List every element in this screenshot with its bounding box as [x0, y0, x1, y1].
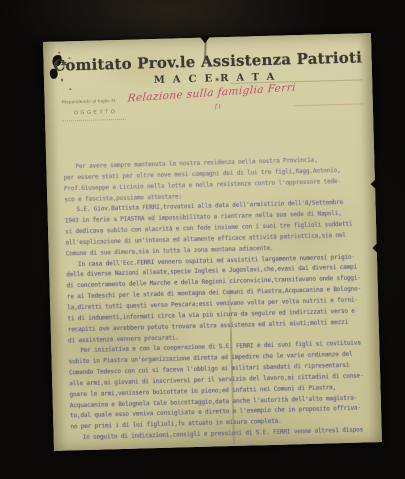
handwritten-mark: f.t	[215, 103, 222, 110]
typed-body: Per avere sempre mantenuta la nostra res…	[63, 154, 374, 444]
reply-to-label: Rispondendo al foglio N.	[62, 98, 117, 104]
annotation-rule	[294, 103, 364, 106]
rust-speck	[69, 88, 71, 90]
subject-dotted-rule	[62, 119, 126, 122]
document-page: ✱ Comitato Prov.le Assistenza Patrioti M…	[43, 33, 382, 451]
star-ornament-icon: ✱	[215, 77, 219, 83]
paper-edge-nick	[372, 244, 380, 252]
subject-label: OGGETTO	[74, 109, 117, 116]
backdrop: { "colors": { "backdrop": "#0a0908", "pa…	[0, 0, 405, 479]
rust-speck	[58, 52, 60, 54]
paper-edge-nick	[371, 180, 379, 188]
